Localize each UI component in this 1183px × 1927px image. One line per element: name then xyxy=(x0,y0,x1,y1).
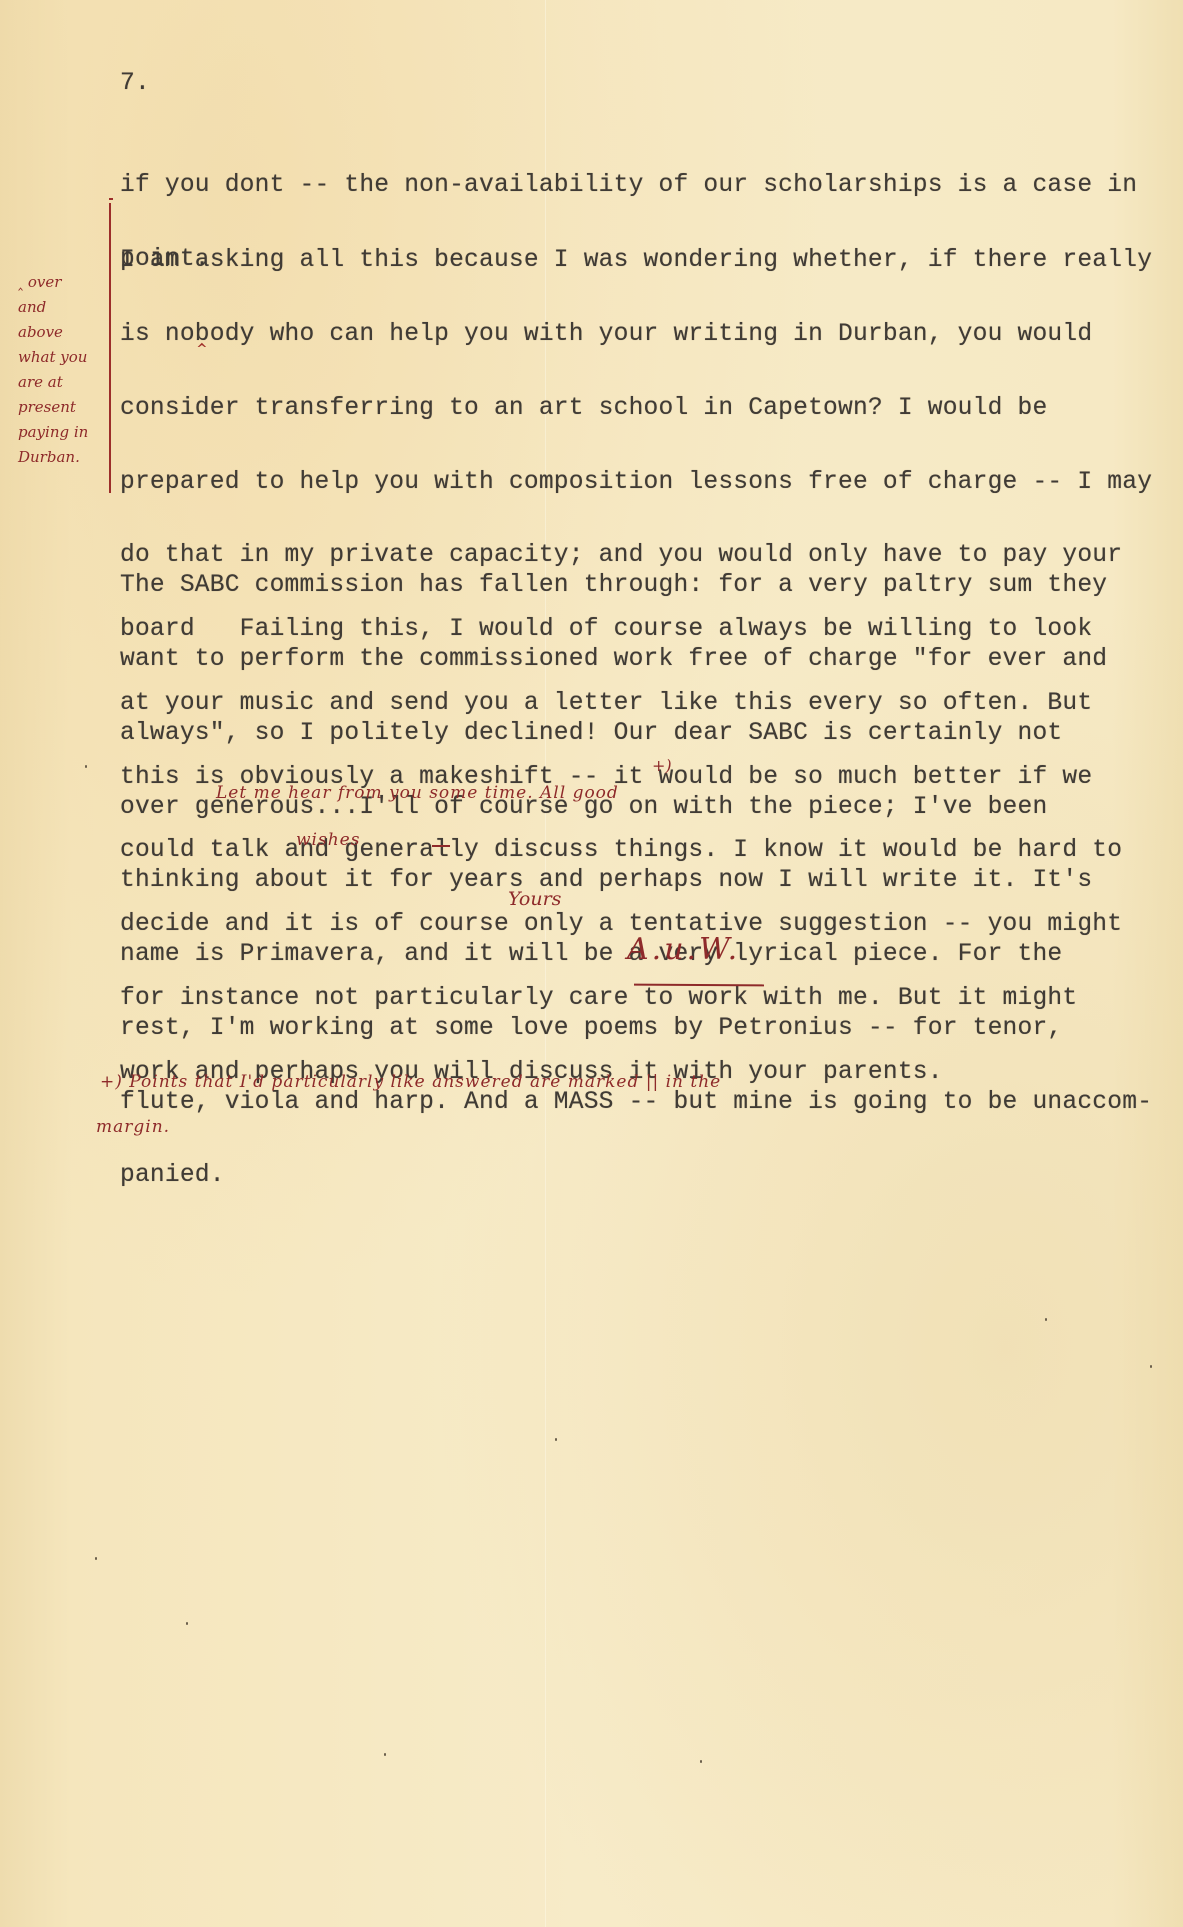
paper-speck xyxy=(85,765,87,768)
annotation-line: and xyxy=(18,295,88,320)
annotation-line: above xyxy=(18,320,88,345)
text-line: is nobody who can help you with your wri… xyxy=(120,323,1152,348)
text-line: thinking about it for years and perhaps … xyxy=(120,869,1152,894)
paper-speck xyxy=(95,1557,97,1560)
paper-speck xyxy=(1150,1365,1152,1368)
page-number: 7. xyxy=(120,72,150,97)
annotation-line: Durban. xyxy=(18,445,88,470)
handwritten-footnote-line: +) Points that I'd particularly like ans… xyxy=(100,1072,721,1092)
annotation-line: are at xyxy=(18,370,88,395)
paper-speck xyxy=(1045,1318,1047,1321)
paragraph-sabc-commission: The SABC commission has fallen through: … xyxy=(120,525,1152,1214)
paper-speck xyxy=(384,1753,386,1756)
handwritten-footnote-line: margin. xyxy=(96,1117,170,1137)
insertion-caret-icon: ‸ xyxy=(196,328,208,347)
text-line: I am asking all this because I was wonde… xyxy=(120,249,1152,274)
margin-annotation: ‸ overandabovewhat youare atpresentpayin… xyxy=(18,270,88,470)
footnote-marker: +) xyxy=(652,756,672,775)
paper-speck xyxy=(700,1760,702,1763)
paper-speck xyxy=(555,1438,557,1441)
handwritten-closing-line: Let me hear from you some time. All good xyxy=(216,783,619,803)
margin-mark-line xyxy=(109,203,111,493)
text-line: prepared to help you with composition le… xyxy=(120,471,1152,496)
annotation-line: ‸ over xyxy=(18,270,88,295)
text-line: panied. xyxy=(120,1164,1152,1189)
margin-mark-tick xyxy=(109,198,113,200)
text-line: flute, viola and harp. And a MASS -- but… xyxy=(120,1091,1152,1116)
annotation-line: paying in xyxy=(18,420,88,445)
paper-speck xyxy=(186,1622,188,1625)
handwritten-closing-wishes: wishes xyxy=(296,830,360,850)
annotation-line: what you xyxy=(18,345,88,370)
text-line: rest, I'm working at some love poems by … xyxy=(120,1017,1152,1042)
text-line: consider transferring to an art school i… xyxy=(120,397,1152,422)
dash-stroke xyxy=(432,845,450,847)
text-line: if you dont -- the non-availability of o… xyxy=(120,174,1137,199)
valediction: Yours xyxy=(508,888,561,910)
text-line: want to perform the commissioned work fr… xyxy=(120,648,1152,673)
text-line: The SABC commission has fallen through: … xyxy=(120,574,1152,599)
text-line: always", so I politely declined! Our dea… xyxy=(120,722,1152,747)
signature: A.u.W. xyxy=(627,932,740,967)
annotation-line: present xyxy=(18,395,88,420)
